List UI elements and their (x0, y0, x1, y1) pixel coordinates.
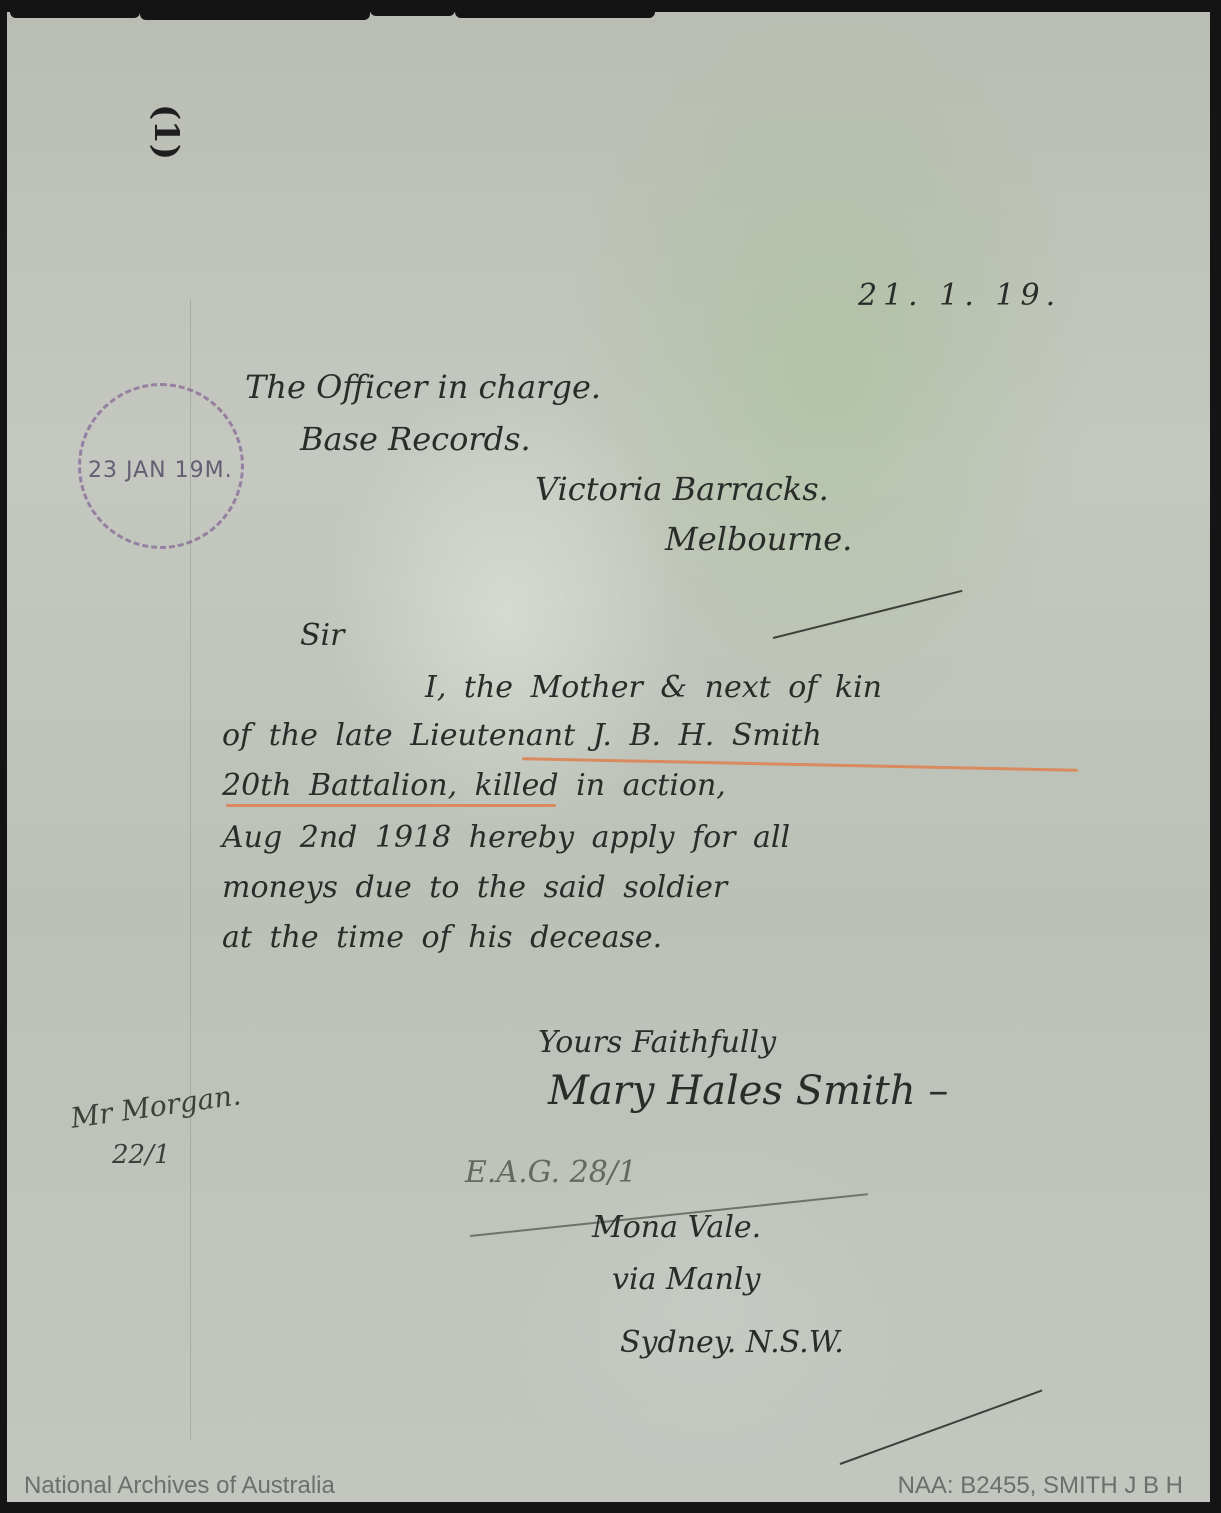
margin-note-date: 22/1 (112, 1140, 170, 1170)
recipient-line-3: Victoria Barracks. (535, 470, 829, 508)
body-line: I, the Mother & next of kin (425, 670, 882, 705)
highlight-underline (226, 804, 556, 807)
letter-date: 21. 1. 19. (858, 278, 1061, 313)
archive-name: National Archives of Australia (24, 1472, 335, 1500)
archive-reference: NAA: B2455, SMITH J B H (898, 1472, 1183, 1500)
return-address-line-3: Sydney. N.S.W. (620, 1325, 844, 1360)
recipient-line-4: Melbourne. (665, 520, 852, 558)
body-line: moneys due to the said soldier (222, 870, 727, 905)
body-line: at the time of his decease. (222, 920, 662, 955)
torn-edge (370, 0, 455, 16)
closing: Yours Faithfully (538, 1025, 776, 1060)
body-line: Aug 2nd 1918 hereby apply for all (222, 820, 790, 855)
signature: Mary Hales Smith – (548, 1068, 948, 1114)
torn-edge (10, 0, 140, 18)
pencil-annotation: E.A.G. 28/1 (465, 1155, 637, 1190)
recipient-line-1: The Officer in charge. (245, 368, 601, 406)
salutation: Sir (300, 618, 345, 653)
corner-mark: (1) (146, 104, 186, 160)
postmark-date: 23 JAN 19M. (88, 458, 233, 483)
return-address-line-1: Mona Vale. (592, 1210, 761, 1245)
letter-page (7, 12, 1210, 1502)
recipient-line-2: Base Records. (300, 420, 531, 458)
torn-edge (455, 0, 655, 18)
torn-edge (140, 0, 370, 20)
return-address-line-2: via Manly (612, 1262, 760, 1297)
body-line: of the late Lieutenant J. B. H. Smith (222, 718, 822, 753)
body-line: 20th Battalion, killed in action, (222, 768, 726, 803)
